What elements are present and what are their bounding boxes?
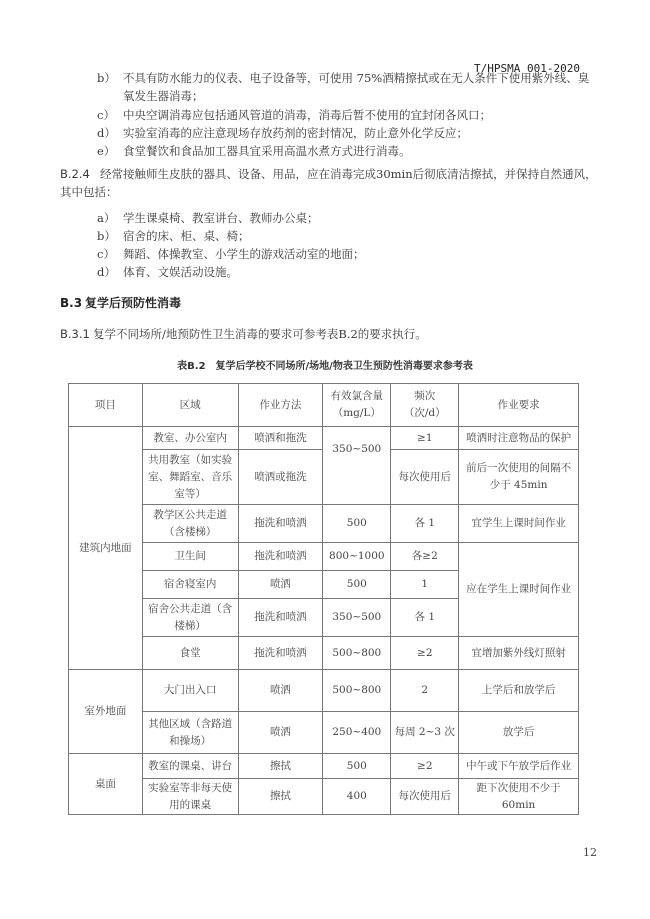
cell-area: 食堂	[142, 637, 238, 670]
list-marker: e）	[97, 143, 123, 160]
list-text: 实验室消毒的应注意现场存放药剂的密封情况，防止意外化学反应；	[123, 126, 468, 140]
list-marker: d）	[97, 125, 123, 142]
cell-chlorine: 400	[323, 779, 391, 815]
group-outdoor-floor: 室外地面	[69, 670, 143, 754]
cell-frequency: 1	[391, 571, 459, 599]
cell-chlorine: 500	[323, 571, 391, 599]
cell-chlorine: 800~1000	[323, 543, 391, 571]
cell-method: 喷洒和拖洗	[238, 427, 323, 450]
table-row: 食堂 拖洗和喷洒 500~800 ≥2 宜增加紫外线灯照射	[69, 637, 579, 670]
clause-b3-1: B.3.1复学不同场所/地预防性卫生消毒的要求可参考表B.2的要求执行。	[60, 326, 427, 343]
list-item-c: c）中央空调消毒应包括通风管道的消毒，消毒后暂不使用的宜封闭各风口；	[97, 107, 491, 124]
table-row: 教学区公共走道（含楼梯） 拖洗和喷洒 500 各 1 宜学生上课时间作业	[69, 505, 579, 543]
list-item-b: b）不具有防水能力的仪表、电子设备等，可使用 75%酒精擦拭或在无人条件下使用紫…	[97, 70, 589, 87]
list-item-d: d）实验室消毒的应注意现场存放药剂的密封情况，防止意外化学反应；	[97, 125, 468, 142]
table-caption: 表B.2 复学后学校不同场所/场地/物表卫生预防性消毒要求参考表	[0, 357, 650, 372]
cell-chlorine: 500~800	[323, 670, 391, 712]
list-marker: b）	[97, 228, 123, 245]
list-text: 食堂餐饮和食品加工器具宜采用高温水煮方式进行消毒。	[123, 144, 411, 158]
cell-requirement: 喷洒时注意物品的保护	[459, 427, 579, 450]
clause-b2-4-cont: 其中包括：	[60, 184, 118, 201]
cell-area: 共用教室（如实验室、舞蹈室、音乐室等）	[142, 450, 238, 505]
cell-requirement: 宜学生上课时间作业	[459, 505, 579, 543]
clause-text: 经常接触师生皮肤的器具、设备、用品，应在消毒完成30min后彻底清洁擦拭，并保持…	[100, 167, 597, 181]
cell-area: 宿舍寝室内	[142, 571, 238, 599]
cell-area: 教学区公共走道（含楼梯）	[142, 505, 238, 543]
cell-frequency: ≥1	[391, 427, 459, 450]
group-desk-surface: 桌面	[69, 754, 143, 815]
table-row: 建筑内地面 教室、办公室内 喷洒和拖洗 350~500 ≥1 喷洒时注意物品的保…	[69, 427, 579, 450]
list-text: 体育、文娱活动设施。	[123, 265, 238, 279]
table-row: 室外地面 大门出入口 喷洒 500~800 2 上学后和放学后	[69, 670, 579, 712]
list-text: 舞蹈、体操教室、小学生的游戏活动室的地面；	[123, 247, 365, 261]
clause-text: 复学不同场所/地预防性卫生消毒的要求可参考表B.2的要求执行。	[93, 327, 427, 341]
cell-requirement: 应在学生上课时间作业	[459, 543, 579, 637]
list-marker: c）	[97, 107, 123, 124]
cell-frequency: 各 1	[391, 505, 459, 543]
cell-method: 拖洗和喷洒	[238, 505, 323, 543]
clause-number: B.2.4	[60, 166, 100, 183]
cell-requirement: 距下次使用不少于 60min	[459, 779, 579, 815]
cell-method: 喷洒	[238, 712, 323, 754]
cell-chlorine: 500~800	[323, 637, 391, 670]
cell-method: 擦拭	[238, 754, 323, 779]
section-number: B.3	[60, 295, 85, 312]
cell-frequency: 各≥2	[391, 543, 459, 571]
table-row: 卫生间 拖洗和喷洒 800~1000 各≥2 应在学生上课时间作业	[69, 543, 579, 571]
cell-frequency: ≥2	[391, 637, 459, 670]
table-row: 桌面 教室的课桌、讲台 擦拭 500 ≥2 中午或下午放学后作业	[69, 754, 579, 779]
cell-area: 教室的课桌、讲台	[142, 754, 238, 779]
table-header-row: 项目 区域 作业方法 有效氯含量 （mg/L） 频次 （次/d） 作业要求	[69, 384, 579, 427]
cell-method: 喷洒或拖洗	[238, 450, 323, 505]
cell-requirement: 前后一次使用的间隔不少于 45min	[459, 450, 579, 505]
disinfection-table: 项目 区域 作业方法 有效氯含量 （mg/L） 频次 （次/d） 作业要求 建筑…	[68, 383, 579, 815]
list-item-c: c）舞蹈、体操教室、小学生的游戏活动室的地面；	[97, 246, 365, 263]
cell-requirement: 放学后	[459, 712, 579, 754]
list-text: 学生课桌椅、教室讲台、教师办公桌；	[123, 211, 319, 225]
cell-method: 喷洒	[238, 571, 323, 599]
clause-b2-4: B.2.4经常接触师生皮肤的器具、设备、用品，应在消毒完成30min后彻底清洁擦…	[60, 166, 597, 183]
cell-requirement: 宜增加紫外线灯照射	[459, 637, 579, 670]
header-method: 作业方法	[238, 384, 323, 427]
cell-area: 实验室等非每天使用的课桌	[142, 779, 238, 815]
cell-method: 拖洗和喷洒	[238, 637, 323, 670]
list-marker: c）	[97, 246, 123, 263]
list-text: 中央空调消毒应包括通风管道的消毒，消毒后暂不使用的宜封闭各风口；	[123, 108, 491, 122]
clause-number: B.3.1	[60, 326, 93, 343]
list-item-b-cont: 氧发生器消毒；	[123, 88, 204, 105]
list-text: 不具有防水能力的仪表、电子设备等，可使用 75%酒精擦拭或在无人条件下使用紫外线…	[123, 71, 589, 85]
header-item: 项目	[69, 384, 143, 427]
section-title: 复学后预防性消毒	[85, 296, 181, 310]
section-heading-b3: B.3复学后预防性消毒	[60, 295, 181, 312]
page-number: 12	[583, 846, 597, 859]
cell-method: 拖洗和喷洒	[238, 599, 323, 637]
cell-method: 擦拭	[238, 779, 323, 815]
cell-method: 拖洗和喷洒	[238, 543, 323, 571]
cell-area: 教室、办公室内	[142, 427, 238, 450]
cell-chlorine: 500	[323, 754, 391, 779]
cell-frequency: 每次使用后	[391, 450, 459, 505]
cell-area: 其他区域（含路道和操场）	[142, 712, 238, 754]
list-item-d: d）体育、文娱活动设施。	[97, 264, 238, 281]
list-item-e: e）食堂餐饮和食品加工器具宜采用高温水煮方式进行消毒。	[97, 143, 411, 160]
cell-chlorine: 350~500	[323, 599, 391, 637]
cell-area: 大门出入口	[142, 670, 238, 712]
cell-method: 喷洒	[238, 670, 323, 712]
cell-frequency: 各 1	[391, 599, 459, 637]
group-indoor-floor: 建筑内地面	[69, 427, 143, 670]
list-text: 宿舍的床、柜、桌、椅；	[123, 229, 250, 243]
header-chlorine: 有效氯含量 （mg/L）	[323, 384, 391, 427]
list-item-b: b）宿舍的床、柜、桌、椅；	[97, 228, 250, 245]
list-item-a: a）学生课桌椅、教室讲台、教师办公桌；	[97, 210, 319, 227]
cell-requirement: 中午或下午放学后作业	[459, 754, 579, 779]
cell-chlorine: 500	[323, 505, 391, 543]
cell-area: 宿舍公共走道（含楼梯）	[142, 599, 238, 637]
cell-frequency: 每周 2~3 次	[391, 712, 459, 754]
list-marker: d）	[97, 264, 123, 281]
header-frequency: 频次 （次/d）	[391, 384, 459, 427]
list-marker: a）	[97, 210, 123, 227]
table-row: 其他区域（含路道和操场） 喷洒 250~400 每周 2~3 次 放学后	[69, 712, 579, 754]
table-row: 实验室等非每天使用的课桌 擦拭 400 每次使用后 距下次使用不少于 60min	[69, 779, 579, 815]
header-area: 区域	[142, 384, 238, 427]
cell-area: 卫生间	[142, 543, 238, 571]
cell-frequency: 每次使用后	[391, 779, 459, 815]
cell-frequency: ≥2	[391, 754, 459, 779]
cell-frequency: 2	[391, 670, 459, 712]
list-marker: b）	[97, 70, 123, 87]
cell-requirement: 上学后和放学后	[459, 670, 579, 712]
cell-chlorine: 250~400	[323, 712, 391, 754]
cell-chlorine: 350~500	[323, 427, 391, 505]
header-requirement: 作业要求	[459, 384, 579, 427]
